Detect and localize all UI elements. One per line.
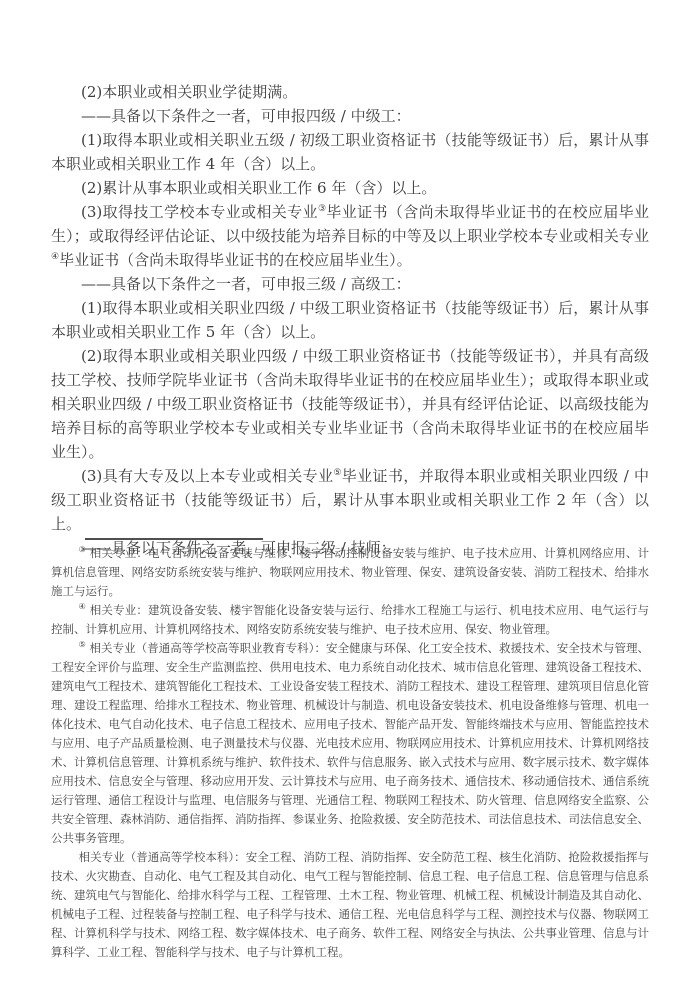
body-text-segment: (3)取得技工学校本专业或相关专业: [81, 203, 318, 221]
footnote-marker: ③: [79, 545, 86, 554]
body-paragraph: ——具备以下条件之一者，可申报三级 / 高级工：: [51, 272, 649, 296]
body-paragraph: (3)具有大专及以上本专业或相关专业⑤毕业证书，并取得本职业或相关职业四级 / …: [51, 464, 649, 536]
footnotes-section: ③ 相关专业：电气自动化设备安装与维修、楼宇自动控制设备安装与维护、电子技术应用…: [51, 544, 649, 962]
footnote-reference: ④: [51, 252, 59, 262]
body-paragraph: (2)累计从事本职业或相关职业工作 6 年（含）以上。: [51, 176, 649, 200]
footnote-paragraph: ⑤ 相关专业（普通高等学校高等职业教育专科）：安全健康与环保、化工安全技术、救援…: [51, 639, 649, 848]
footnote-text: 相关专业（普通高等学校本科）：安全工程、消防工程、消防指挥、安全防范工程、核生化…: [51, 850, 649, 959]
footnote-marker: ⑤: [79, 640, 86, 649]
body-paragraph: (1)取得本职业或相关职业四级 / 中级工职业资格证书（技能等级证书）后，累计从…: [51, 296, 649, 344]
body-text-segment: (1)取得本职业或相关职业五级 / 初级工职业资格证书（技能等级证书）后，累计从…: [51, 131, 649, 173]
body-paragraph: (3)取得技工学校本专业或相关专业③毕业证书（含尚未取得毕业证书的在校应届毕业生…: [51, 200, 649, 272]
body-text-segment: (3)具有大专及以上本专业或相关专业: [81, 467, 333, 485]
body-text: (2)本职业或相关职业学徒期满。——具备以下条件之一者，可申报四级 / 中级工：…: [51, 80, 649, 560]
footnote-paragraph: ③ 相关专业：电气自动化设备安装与维修、楼宇自动控制设备安装与维护、电子技术应用…: [51, 544, 649, 601]
body-text-segment: (2)本职业或相关职业学徒期满。: [81, 83, 297, 101]
body-text-segment: ——具备以下条件之一者，可申报四级 / 中级工：: [81, 107, 411, 125]
footnote-text: 相关专业：建筑设备安装、楼宇智能化设备安装与运行、给排水工程施工与运行、机电技术…: [51, 603, 649, 636]
footnote-text: 相关专业：电气自动化设备安装与维修、楼宇自动控制设备安装与维护、电子技术应用、计…: [51, 546, 649, 598]
body-paragraph: (2)本职业或相关职业学徒期满。: [51, 80, 649, 104]
body-text-segment: (2)累计从事本职业或相关职业工作 6 年（含）以上。: [81, 179, 436, 197]
body-text-segment: ——具备以下条件之一者，可申报三级 / 高级工：: [81, 275, 411, 293]
footnote-separator-line: [85, 538, 263, 540]
footnote-text: 相关专业（普通高等学校高等职业教育专科）：安全健康与环保、化工安全技术、救援技术…: [51, 641, 649, 845]
footnote-paragraph: ④ 相关专业：建筑设备安装、楼宇智能化设备安装与运行、给排水工程施工与运行、机电…: [51, 601, 649, 639]
body-text-segment: (1)取得本职业或相关职业四级 / 中级工职业资格证书（技能等级证书）后，累计从…: [51, 299, 649, 341]
footnote-reference: ⑤: [333, 468, 341, 478]
body-paragraph: (1)取得本职业或相关职业五级 / 初级工职业资格证书（技能等级证书）后，累计从…: [51, 128, 649, 176]
body-paragraph: ——具备以下条件之一者，可申报四级 / 中级工：: [51, 104, 649, 128]
footnote-marker: ④: [79, 602, 86, 611]
document-page: (2)本职业或相关职业学徒期满。——具备以下条件之一者，可申报四级 / 中级工：…: [0, 0, 700, 990]
footnote-paragraph: 相关专业（普通高等学校本科）：安全工程、消防工程、消防指挥、安全防范工程、核生化…: [51, 848, 649, 962]
body-paragraph: (2)取得本职业或相关职业四级 / 中级工职业资格证书（技能等级证书），并具有高…: [51, 344, 649, 464]
body-text-segment: 毕业证书（含尚未取得毕业证书的在校应届毕业生）。: [59, 251, 412, 269]
body-text-segment: (2)取得本职业或相关职业四级 / 中级工职业资格证书（技能等级证书），并具有高…: [51, 347, 649, 461]
